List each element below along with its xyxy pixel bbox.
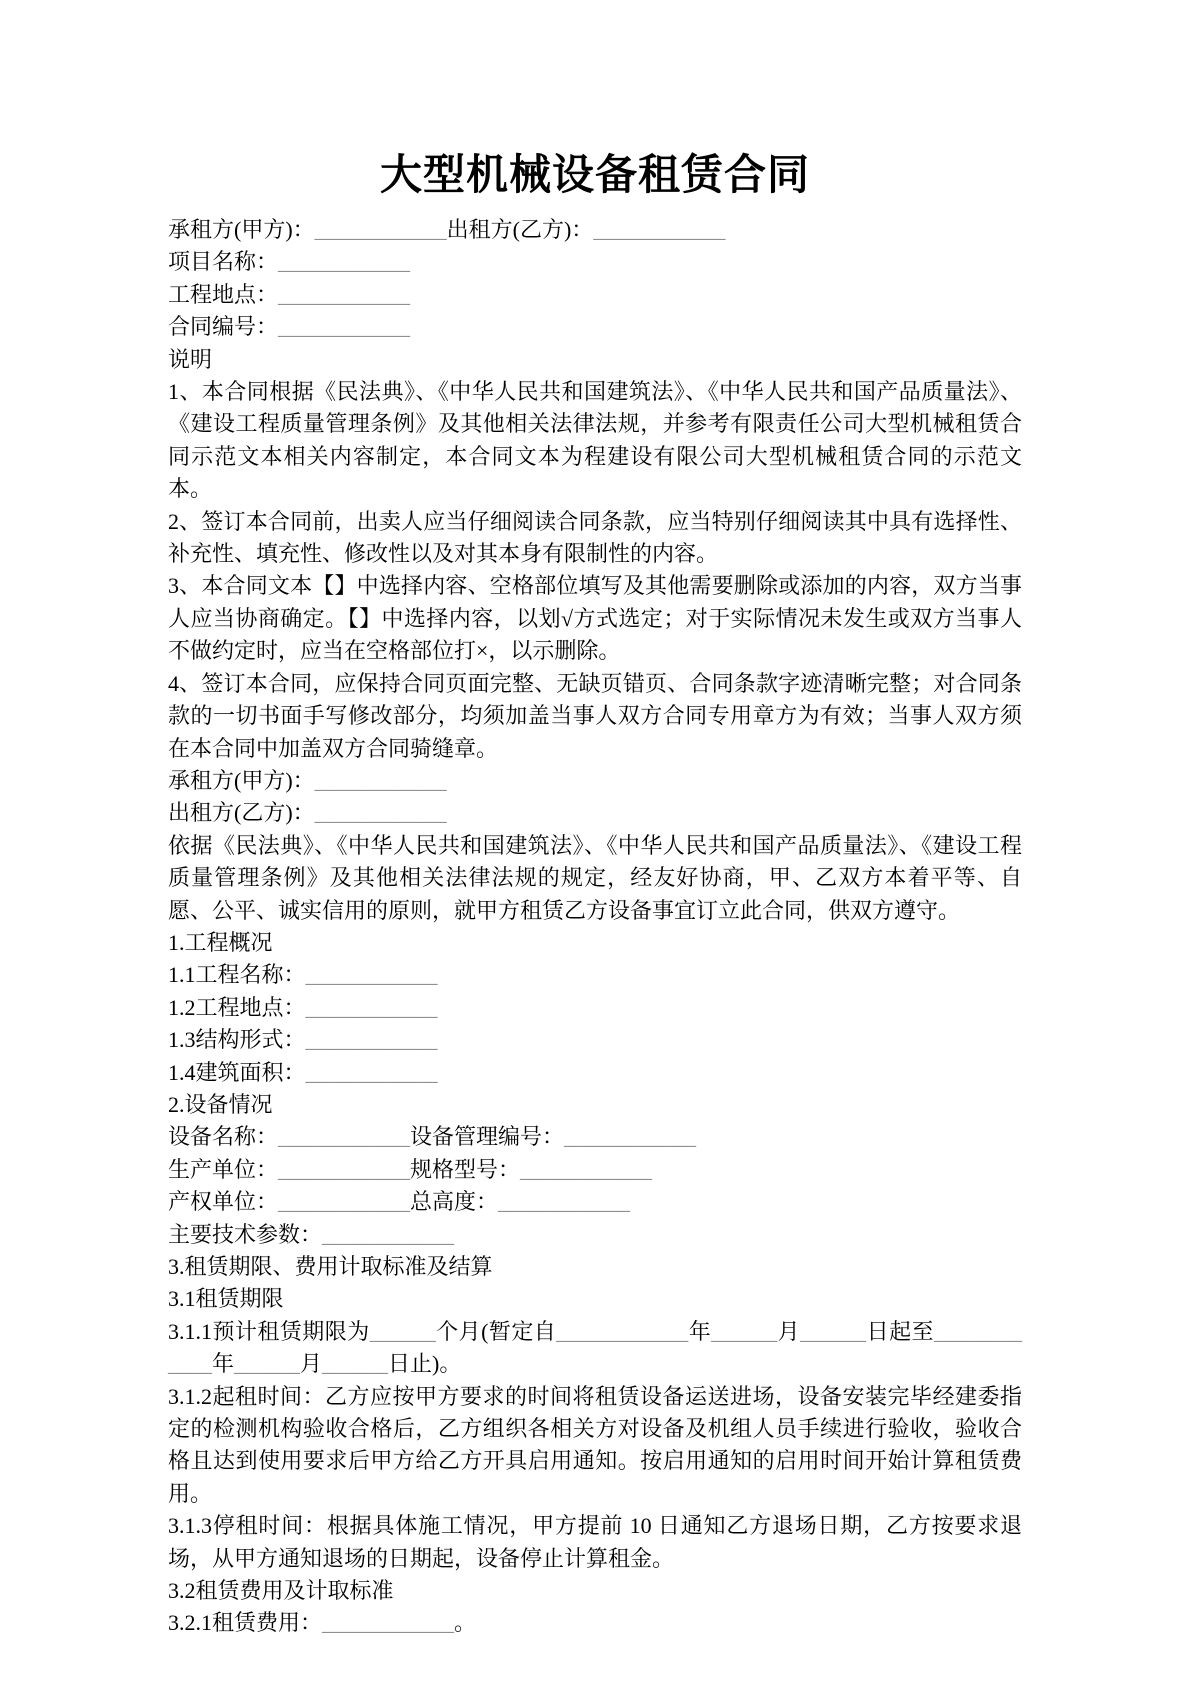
fill-in-blank-line: ____________ — [315, 768, 447, 793]
fill-in-blank-line: ____________ — [315, 800, 447, 825]
section-3-1-heading: 3.1租赁期限 — [168, 1283, 1022, 1315]
fill-in-blank-line: ____________ — [306, 1060, 438, 1085]
fill-in-blank-line: ______ — [370, 1319, 436, 1344]
note-item-2: 2、签订本合同前，出卖人应当仔细阅读合同条款，应当特别仔细阅读其中具有选择性、补… — [168, 506, 1022, 571]
field-technical-parameters: 主要技术参数：____________ — [168, 1219, 1022, 1251]
field-equipment-name-and-id: 设备名称：____________设备管理编号：____________ — [168, 1121, 1022, 1153]
legal-basis-paragraph: 依据《民法典》、《中华人民共和国建筑法》、《中华人民共和国产品质量法》、《建设工… — [168, 830, 1022, 927]
contract-title: 大型机械设备租赁合同 — [168, 148, 1022, 204]
contract-document-page: 大型机械设备租赁合同 承租方(甲方)：____________出租方(乙方)：_… — [0, 0, 1190, 1683]
lessor-field: 出租方(乙方)：____________ — [168, 797, 1022, 829]
section-3-2-heading: 3.2租赁费用及计取标准 — [168, 1575, 1022, 1607]
note-item-3: 3、本合同文本【】中选择内容、空格部位填写及其他需要删除或添加的内容，双方当事人… — [168, 570, 1022, 667]
field-owner-and-height: 产权单位：____________总高度：____________ — [168, 1186, 1022, 1218]
section-3-heading: 3.租赁期限、费用计取标准及结算 — [168, 1251, 1022, 1283]
clause-3-1-3-lease-stop: 3.1.3停租时间：根据具体施工情况，甲方提前 10 日通知乙方退场日期，乙方按… — [168, 1510, 1022, 1575]
section-1-heading: 1.工程概况 — [168, 927, 1022, 959]
fill-in-blank-line: ____________ — [322, 1610, 454, 1635]
section-2-heading: 2.设备情况 — [168, 1089, 1022, 1121]
project-name-field: 项目名称：____________ — [168, 246, 1022, 278]
fill-in-blank-line: ______ — [234, 1351, 300, 1376]
fill-in-blank-line: ____________ — [498, 1189, 630, 1214]
project-site-field: 工程地点：____________ — [168, 279, 1022, 311]
fill-in-blank-line: ____________ — [315, 217, 447, 242]
fill-in-blank-line: ____________ — [278, 1189, 410, 1214]
fill-in-blank-line: ____________ — [520, 1157, 652, 1182]
clause-3-1-2-lease-start: 3.1.2起租时间：乙方应按甲方要求的时间将租赁设备运送进场，设备安装完毕经建委… — [168, 1381, 1022, 1511]
contract-no-field: 合同编号：____________ — [168, 311, 1022, 343]
field-manufacturer-and-model: 生产单位：____________规格型号：____________ — [168, 1154, 1022, 1186]
field-building-area-1-4: 1.4建筑面积：____________ — [168, 1057, 1022, 1089]
note-item-4: 4、签订本合同，应保持合同页面完整、无缺页错页、合同条款字迹清晰完整；对合同条款… — [168, 668, 1022, 765]
parties-line: 承租方(甲方)：____________出租方(乙方)：____________ — [168, 214, 1022, 246]
fill-in-blank-line: ____________ — [593, 217, 725, 242]
clause-3-2-1-lease-fee: 3.2.1租赁费用：____________。 — [168, 1607, 1022, 1639]
fill-in-blank-line: ____________ — [556, 1319, 688, 1344]
fill-in-blank-line: ____________ — [306, 995, 438, 1020]
note-item-1: 1、本合同根据《民法典》、《中华人民共和国建筑法》、《中华人民共和国产品质量法》… — [168, 376, 1022, 506]
fill-in-blank-line: ____________ — [278, 314, 410, 339]
fill-in-blank-line: ______ — [322, 1351, 388, 1376]
fill-in-blank-line: ____________ — [306, 962, 438, 987]
fill-in-blank-line: ____________ — [306, 1027, 438, 1052]
fill-in-blank-line: ____________ — [278, 1157, 410, 1182]
notes-heading: 说明 — [168, 344, 1022, 376]
fill-in-blank-line: ______ — [800, 1319, 866, 1344]
field-structure-type-1-3: 1.3结构形式：____________ — [168, 1024, 1022, 1056]
field-project-site-1-2: 1.2工程地点：____________ — [168, 992, 1022, 1024]
fill-in-blank-line: ____________ — [278, 1124, 410, 1149]
fill-in-blank-line: ____________ — [278, 249, 410, 274]
fill-in-blank-line: ______ — [711, 1319, 777, 1344]
fill-in-blank-line: ____________ — [278, 282, 410, 307]
field-project-name-1-1: 1.1工程名称：____________ — [168, 959, 1022, 991]
clause-3-1-1-lease-term: 3.1.1预计租赁期限为______个月(暂定自____________年___… — [168, 1316, 1022, 1381]
lessee-field: 承租方(甲方)：____________ — [168, 765, 1022, 797]
fill-in-blank-line: ____________ — [564, 1124, 696, 1149]
fill-in-blank-line: ____________ — [322, 1222, 454, 1247]
